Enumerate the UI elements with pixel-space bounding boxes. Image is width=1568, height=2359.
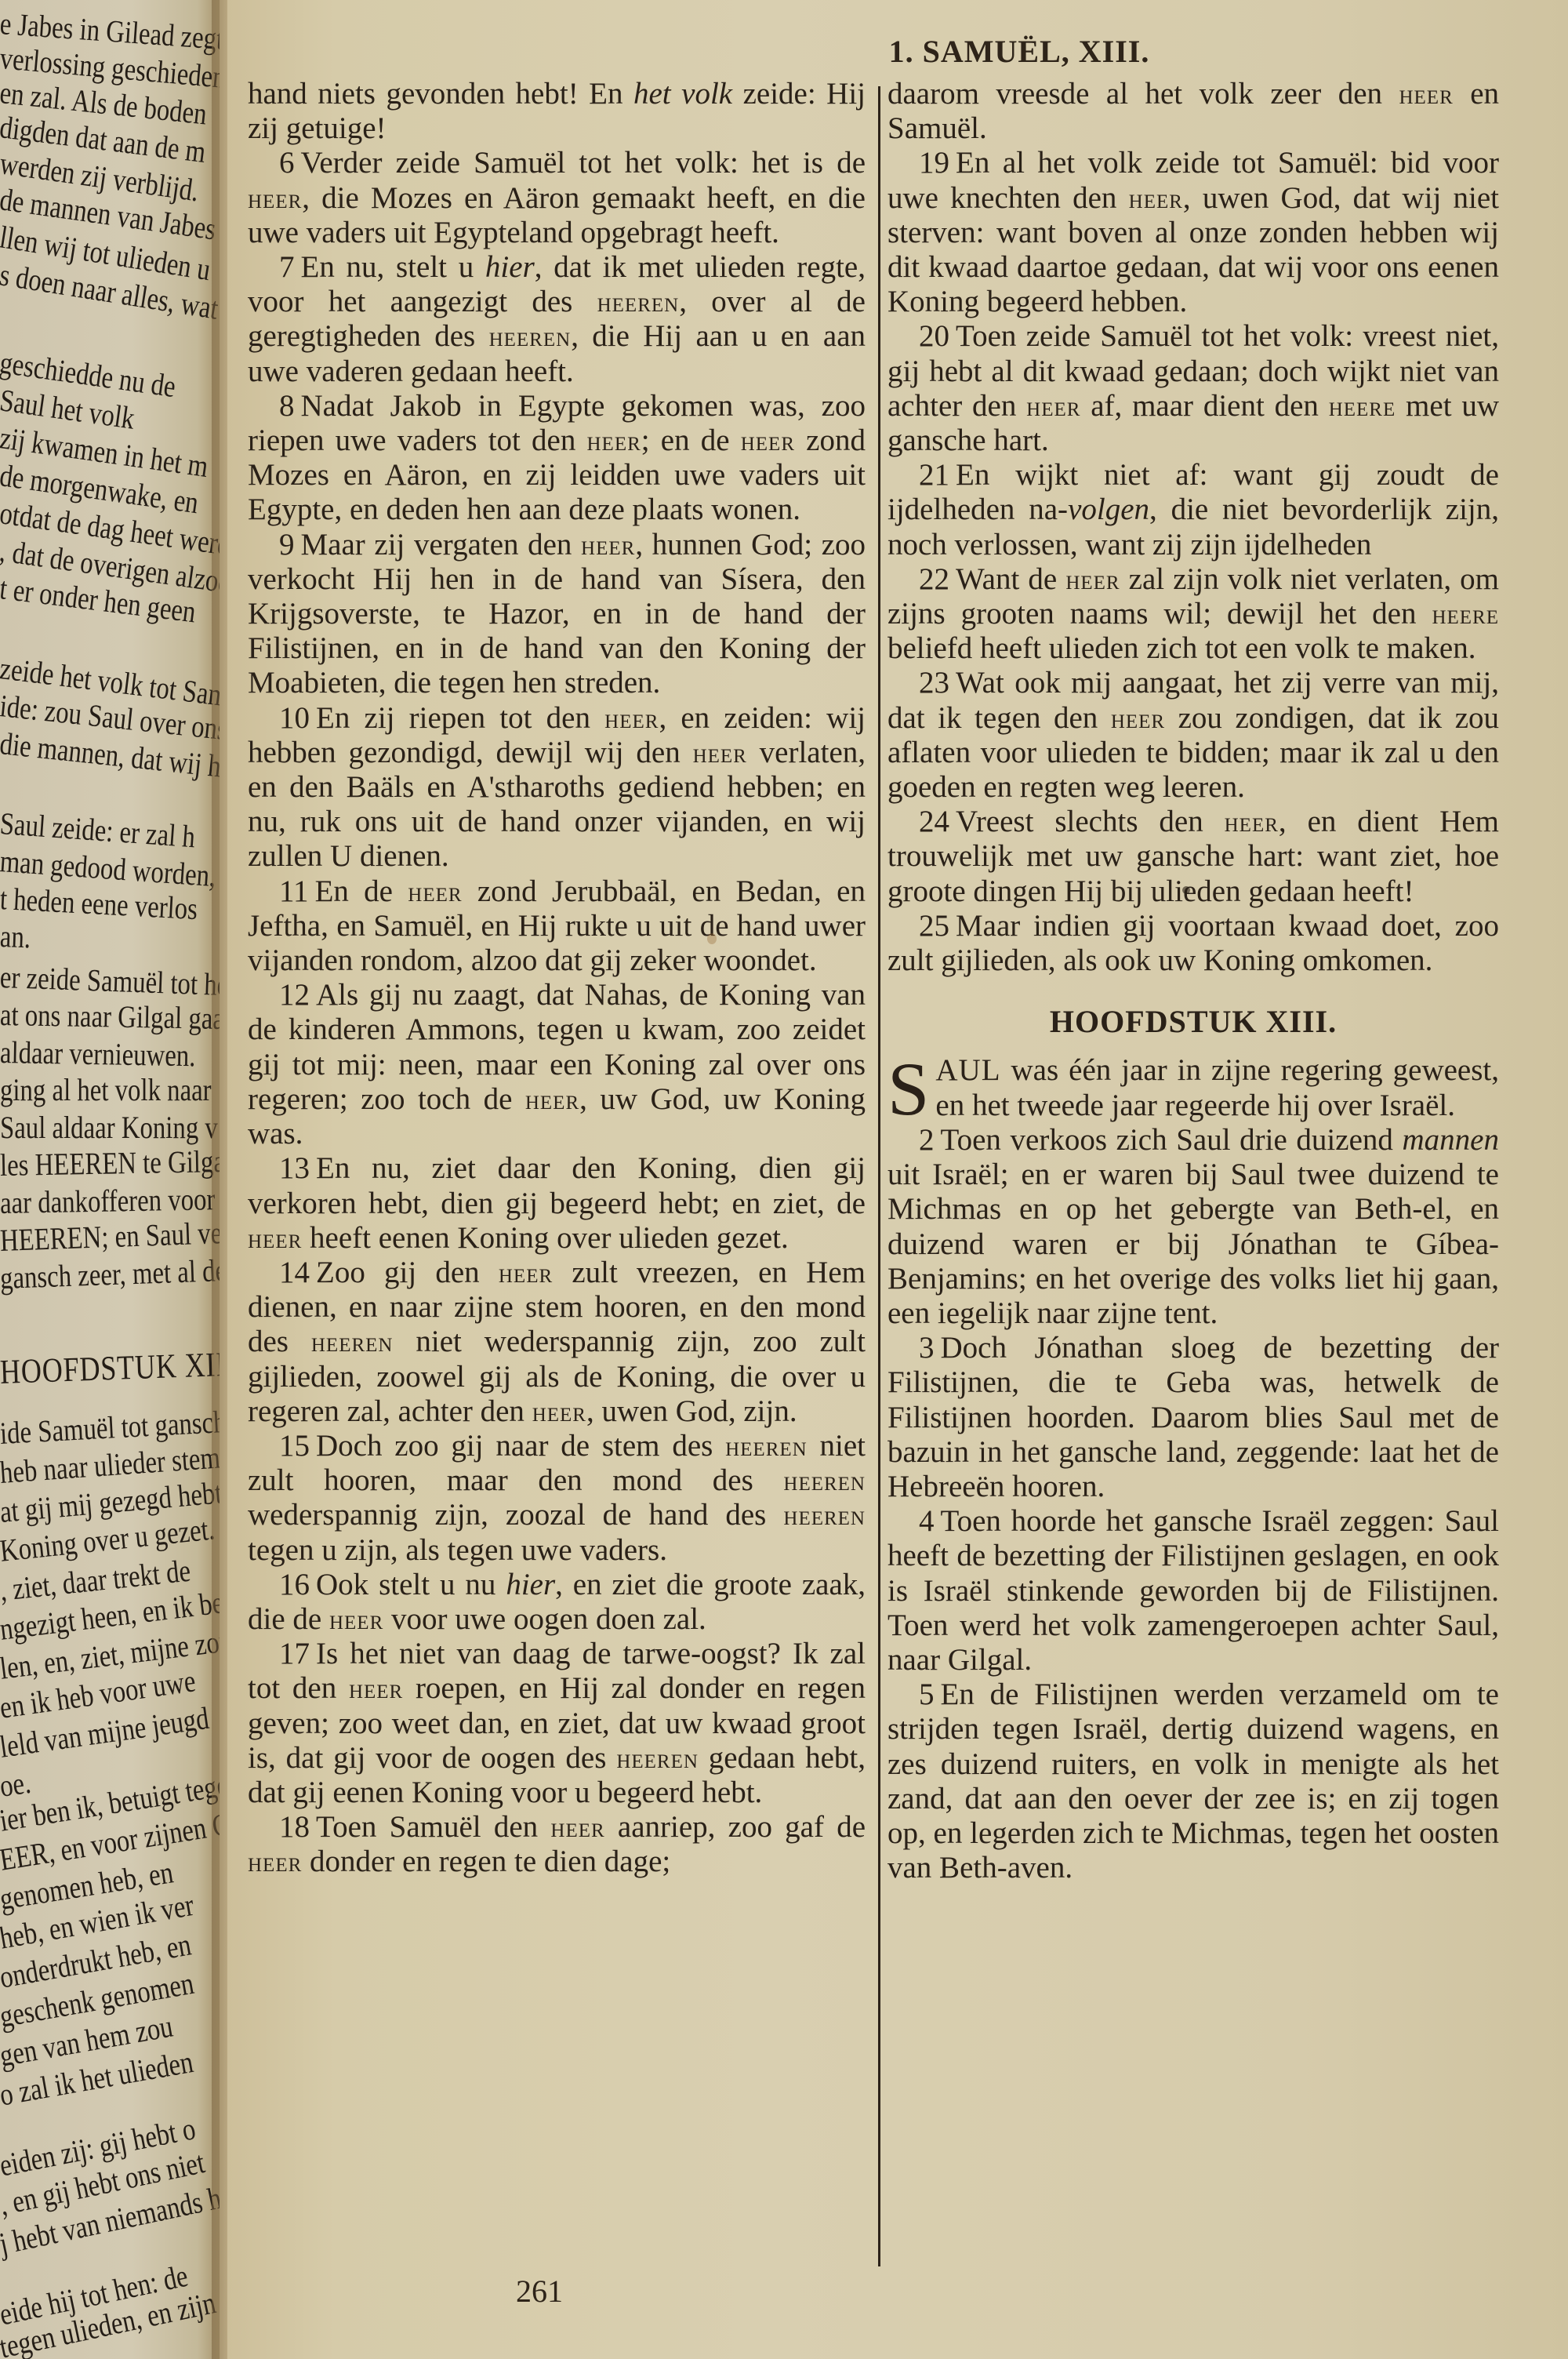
verse-paragraph: 20Toen zeide Samuël tot het volk: vreest… [887,319,1499,458]
verse-number: 22 [919,562,949,596]
verse-text: Maar zij vergaten den [301,528,582,562]
verse-number: 17 [279,1637,310,1670]
verse-paragraph: 4Toen hoorde het gansche Israël zeggen: … [887,1504,1499,1677]
facing-page-line: aar dankofferen voor h [0,1182,220,1220]
divine-name-smallcaps: heeren [783,1465,866,1496]
verse-number: 12 [279,978,310,1012]
verse-text: Doch zoo gij naar de stem des [316,1429,725,1463]
verse-text: Toen hoorde het gansche Israël zeggen: S… [887,1504,1499,1677]
verse-paragraph: 13En nu, ziet daar den Koning, dien gij … [248,1151,866,1256]
verse-text: heeft eenen Koning over ulieden gezet. [302,1221,788,1255]
verse-text: Maar indien gij voortaan kwaad doet, zoo… [887,909,1499,977]
verse-paragraph: 14Zoo gij den heer zult vreezen, en Hem … [248,1256,866,1429]
drop-cap: S [887,1058,929,1121]
divine-name-smallcaps: heer [587,425,641,456]
verse-text: Zoo gij den [316,1256,499,1289]
divine-name-smallcaps: heer [248,183,302,214]
divine-name-smallcaps: heer [329,1604,383,1635]
divine-name-smallcaps: heer [1026,391,1080,422]
paper-stain [707,933,717,944]
verse-paragraph: 17Is het niet van daag de tarwe-oogst? I… [248,1637,866,1810]
verse-text: En nu, ziet daar den Koning, dien gij ve… [248,1151,866,1219]
verse-number: 23 [919,666,949,700]
verse-number: 20 [919,319,949,353]
verse-text: af, maar dient den [1080,389,1328,423]
verse-number: 3 [919,1331,935,1365]
divine-name-smallcaps: heer [248,1846,302,1877]
verse-number: 18 [279,1810,310,1844]
facing-page-line: er zeide Samuël tot het [0,960,220,1002]
verse-paragraph: 12Als gij nu zaagt, dat Nahas, de Koning… [248,978,866,1151]
verse-text: aanriep, zoo gaf de [605,1810,866,1844]
facing-page-line: at ons naar Gilgal gaan [0,998,220,1036]
chapter-heading: HOOFDSTUK XIII. [887,1005,1499,1039]
verse-text: Doch Jónathan sloeg de bezetting der Fil… [887,1331,1499,1503]
verse-paragraph: 23Wat ook mij aangaat, het zij verre van… [887,666,1499,805]
verse-number: 16 [279,1568,310,1601]
column-rule [878,86,880,2266]
verse-text: En de [315,874,408,908]
verse-text: , die Mozes en Aäron gemaakt heeft, en d… [248,181,866,249]
verse-paragraph: 18Toen Samuël den heer aanriep, zoo gaf … [248,1810,866,1879]
verse-text: Verder zeide Samuël tot het volk: het is… [301,146,866,180]
divine-name-smallcaps: heer [248,1223,302,1254]
divine-name-smallcaps: heeren [725,1430,808,1462]
verse-number: 25 [919,909,949,943]
verse-number: 2 [919,1123,935,1157]
divine-name-smallcaps: heer [408,876,462,907]
verse-number: 14 [279,1256,310,1289]
verse-paragraph: hand niets gevonden hebt! En het volk ze… [248,77,866,146]
verse-text: Ook stelt u nu [316,1568,506,1601]
verse-number: 7 [279,250,295,284]
verse-number: 24 [919,805,949,838]
verse-paragraph: 19En al het volk zeide tot Samuël: bid v… [887,146,1499,319]
verse-text: voor uwe oogen doen zal. [383,1602,706,1636]
italic-text: het volk [633,77,732,111]
verse-paragraph: 2Toen verkoos zich Saul drie duizend man… [887,1123,1499,1331]
page-number: 261 [516,2273,563,2310]
verse-number: 11 [279,874,309,908]
facing-page-line: aldaar vernieuwen. [0,1035,196,1073]
italic-text: hier [485,250,535,284]
chapter-opening-paragraph: SAUL was één jaar in zijne regering gewe… [887,1053,1499,1122]
verse-number: 13 [279,1151,310,1185]
verse-text: Toen Samuël den [316,1810,550,1844]
verse-text: daarom vreesde al het volk zeer den [887,77,1399,111]
verse-paragraph: 7En nu, stelt u hier, dat ik met ulieden… [248,250,866,389]
divine-name-smallcaps: heer [525,1084,579,1115]
verse-text: Vreest slechts den [956,805,1225,838]
divine-name-smallcaps: heer [499,1257,553,1289]
divine-name-smallcaps: heer [693,737,747,769]
divine-name-smallcaps: heer [1065,564,1120,595]
verse-text: uit Israël; en er waren bij Saul twee du… [887,1158,1499,1330]
verse-paragraph: 8Nadat Jakob in Egypte gekomen was, zoo … [248,389,866,528]
italic-text: mannen [1403,1123,1499,1157]
verse-text: wederspannig zijn, zoozal de hand des [248,1498,783,1532]
verse-paragraph: 5En de Filistijnen werden verzameld om t… [887,1677,1499,1885]
verse-paragraph: daarom vreesde al het volk zeer den heer… [887,77,1499,146]
divine-name-smallcaps: heeren [489,321,572,352]
verse-paragraph: 15Doch zoo gij naar de stem des heeren n… [248,1429,866,1568]
running-head: 1. SAMUËL, XIII. [227,33,1568,70]
verse-number: 15 [279,1429,310,1463]
divine-name-smallcaps: heer [349,1673,403,1704]
divine-name-smallcaps: heer [1399,78,1453,110]
verse-paragraph: 22Want de heer zal zijn volk niet verlat… [887,562,1499,667]
verse-text: Toen verkoos zich Saul drie duizend [941,1123,1403,1157]
facing-page-line: HEEREN; en Saul ve [0,1216,220,1258]
verse-paragraph: 6Verder zeide Samuël tot het volk: het i… [248,146,866,250]
divine-name-smallcaps: heer [581,529,635,561]
verse-text: donder en regen te dien dage; [302,1845,670,1878]
divine-name-smallcaps: heer [604,703,659,734]
divine-name-smallcaps: heer [532,1396,586,1427]
verse-text: En de Filistijnen werden verzameld om te… [887,1677,1499,1885]
divine-name-smallcaps: heer [1111,703,1165,734]
divine-name-smallcaps: heeren [597,286,680,318]
facing-page-line: ging al het volk naar [0,1073,212,1107]
divine-name-smallcaps: heer [741,425,795,456]
divine-name-smallcaps: heeren [616,1743,699,1774]
italic-text: hier [506,1568,555,1601]
opening-text: was één jaar in zijne regering geweest, … [935,1053,1499,1121]
divine-name-smallcaps: heer [1129,183,1183,214]
text-column-right: daarom vreesde al het volk zeer den heer… [887,77,1499,1885]
verse-paragraph: 11En de heer zond Jerubbaäl, en Bedan, e… [248,874,866,979]
text-column-left: hand niets gevonden hebt! En het volk ze… [248,77,866,1880]
verse-number: 19 [919,146,949,180]
verse-text: En zij riepen tot den [316,701,604,735]
verse-number: 4 [919,1504,935,1538]
divine-name-smallcaps: heere [1432,598,1499,630]
italic-text: volgen [1068,493,1149,526]
divine-name-smallcaps: heer [550,1812,604,1843]
verse-paragraph: 24Vreest slechts den heer, en dient Hem … [887,805,1499,909]
verse-number: 21 [919,458,949,492]
verse-paragraph: 25Maar indien gij voortaan kwaad doet, z… [887,909,1499,978]
verse-text: Want de [956,562,1065,596]
facing-page-line: Saul aldaar Koning v [0,1110,218,1145]
facing-page-left: e Jabes in Gilead zegt:verlossing geschi… [0,0,220,2359]
opening-caps: AUL [935,1053,1000,1087]
divine-name-smallcaps: heere [1329,391,1396,422]
verse-number: 6 [279,146,295,180]
paper-stain [1182,886,1190,894]
verse-text: hand niets gevonden hebt! En [248,77,633,111]
divine-name-smallcaps: heeren [311,1326,394,1358]
divine-name-smallcaps: heer [1225,806,1279,838]
verse-text: En nu, stelt u [301,250,485,284]
verse-number: 8 [279,389,295,423]
facing-page-line: gansch zeer, met al de [0,1253,220,1296]
verse-text: beliefd heeft ulieden zich tot een volk … [887,631,1475,665]
verse-paragraph: 3Doch Jónathan sloeg de bezetting der Fi… [887,1331,1499,1504]
verse-paragraph: 10En zij riepen tot den heer, en zeiden:… [248,701,866,874]
verse-number: 10 [279,701,310,735]
verse-number: 5 [919,1677,935,1711]
verse-paragraph: 16Ook stelt u nu hier, en ziet die groot… [248,1568,866,1637]
divine-name-smallcaps: heeren [783,1499,866,1531]
verse-text: tegen u zijn, als tegen uwe vaders. [248,1533,667,1567]
verse-number: 9 [279,528,295,562]
facing-page-line: les HEEREN te Gilgal; [0,1144,220,1183]
verse-text: , uwen God, zijn. [586,1394,797,1428]
facing-page-line: an. [0,919,31,954]
verse-paragraph: 21En wijkt niet af: want gij zoudt de ij… [887,458,1499,562]
verse-text: ; en de [641,423,741,457]
verse-paragraph: 9Maar zij vergaten den heer, hunnen God;… [248,528,866,701]
book-page: 1. SAMUËL, XIII. hand niets gevonden heb… [227,0,1568,2359]
facing-page-heading: HOOFDSTUK XII. [0,1347,220,1390]
